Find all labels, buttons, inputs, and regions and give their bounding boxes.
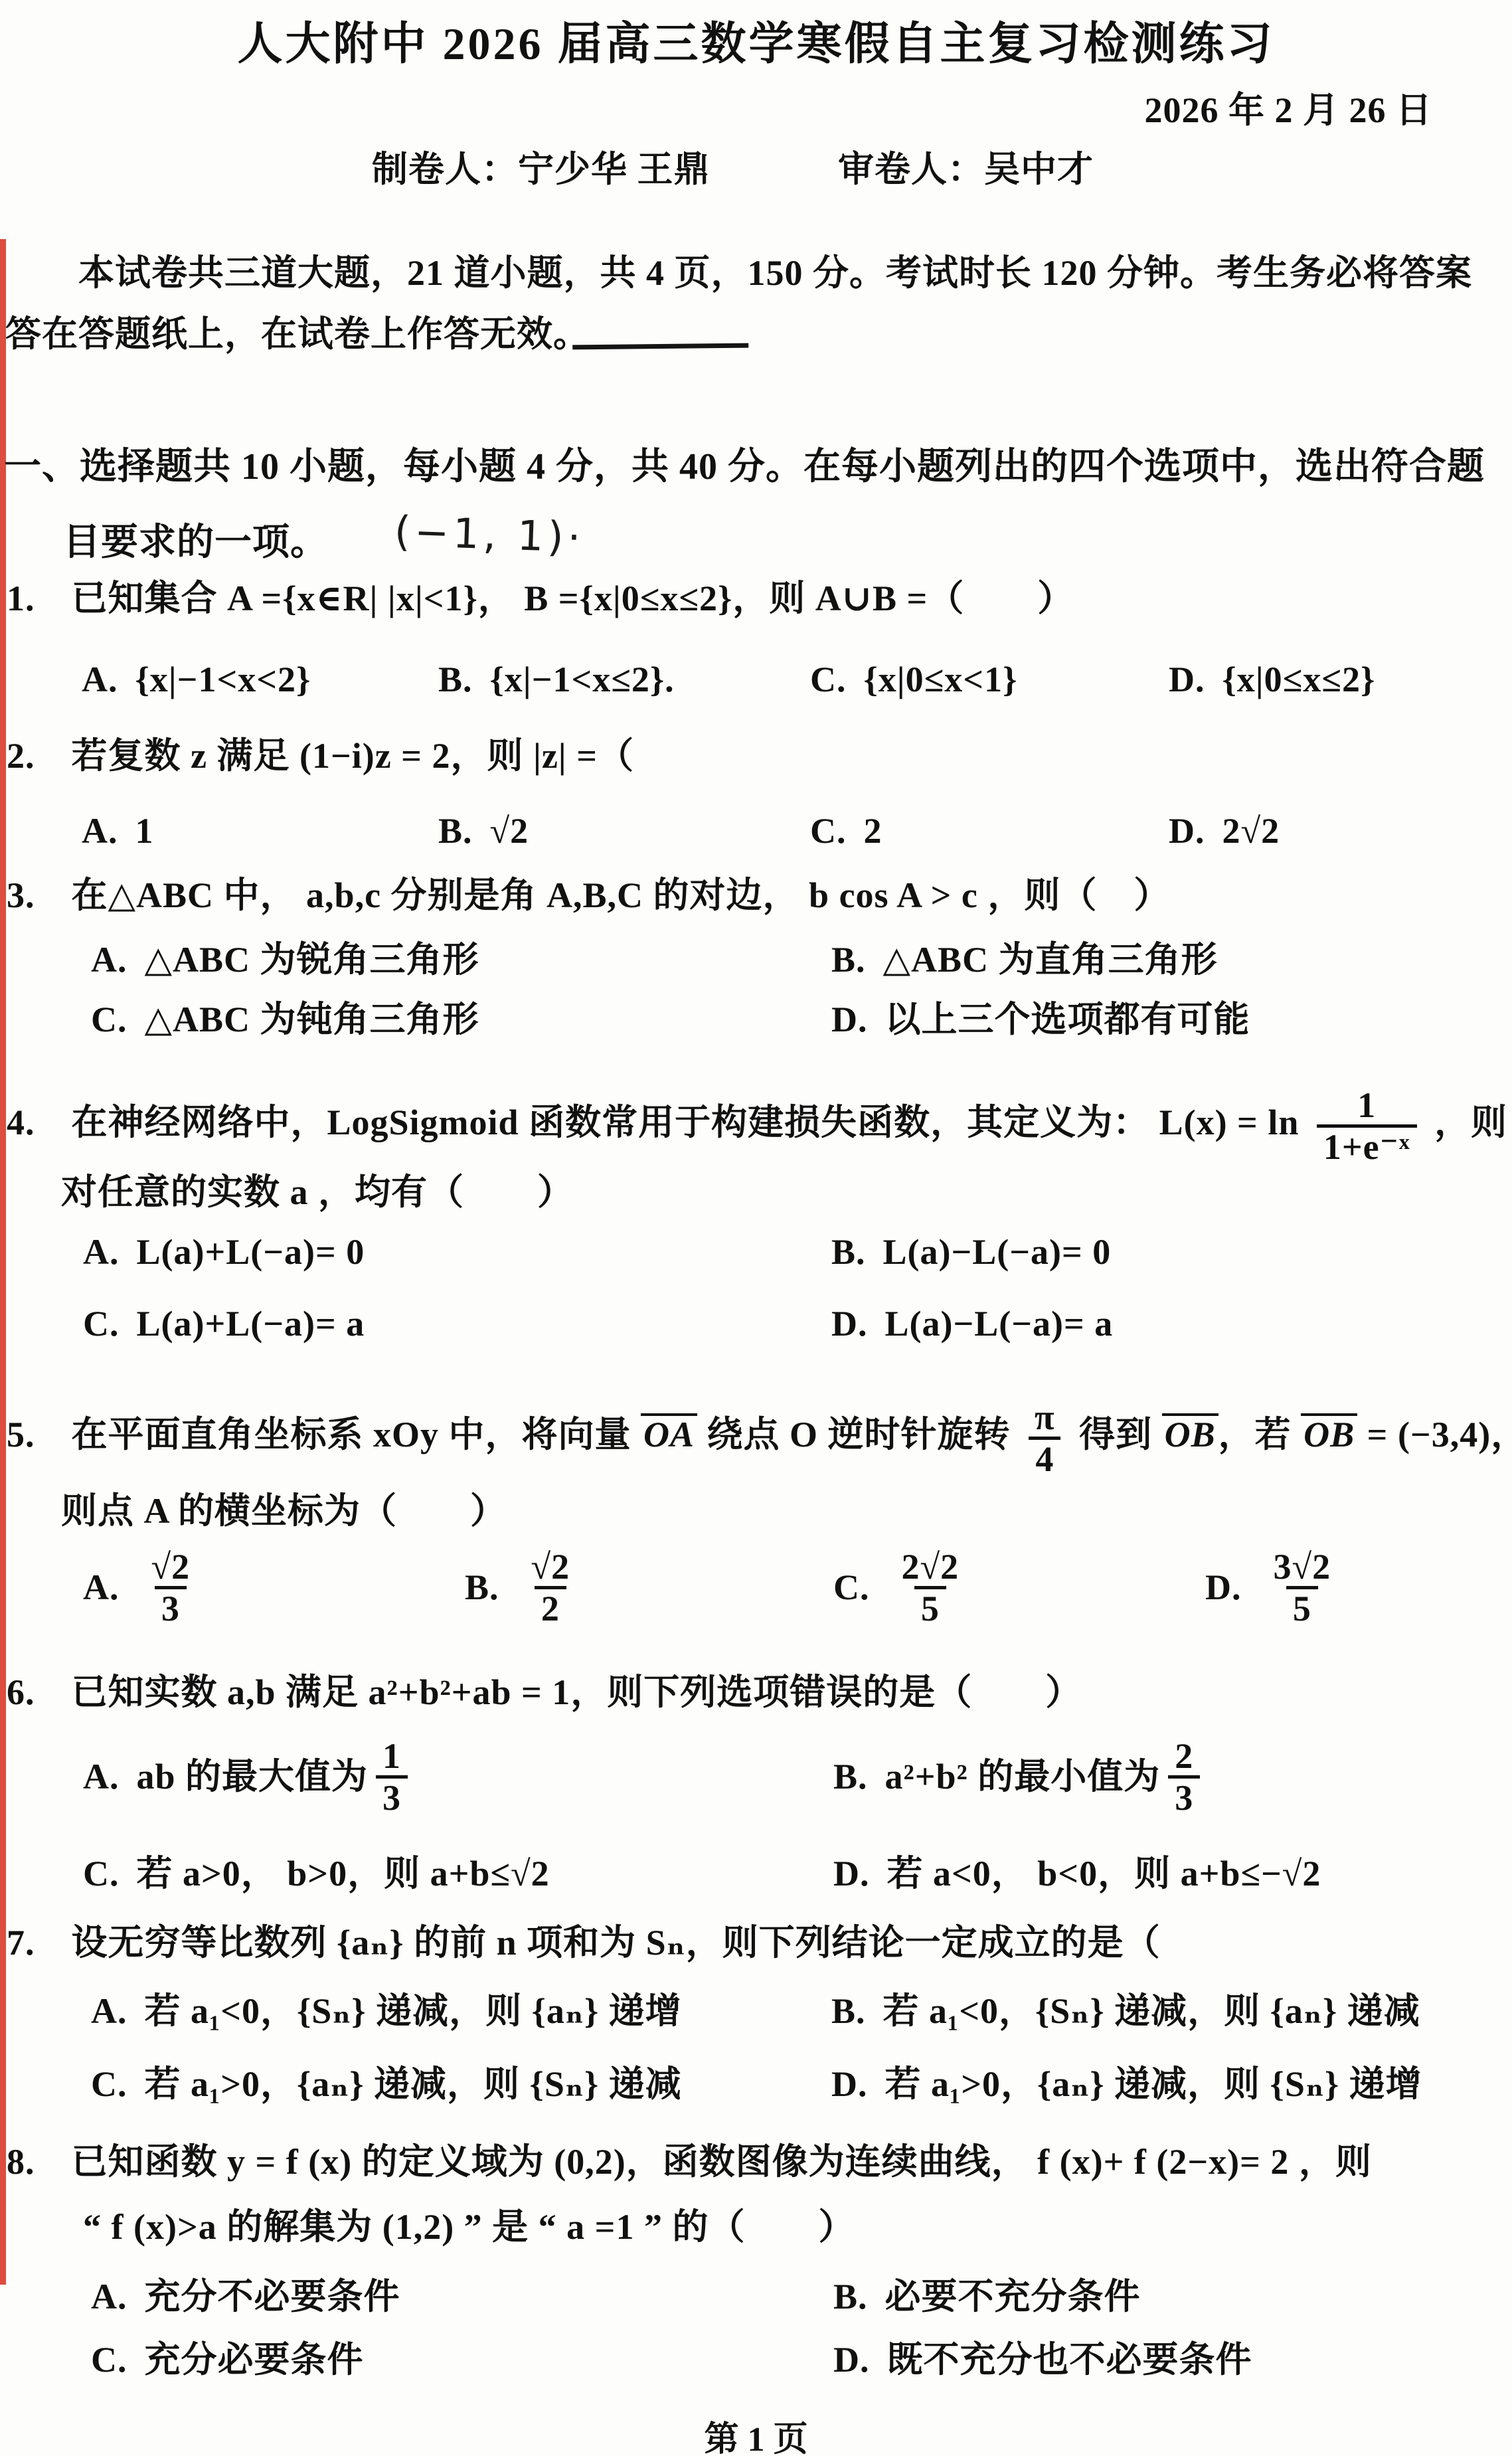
fraction-denominator: 2 [535,1586,566,1628]
q4-stem-pre: 4. 在神经网络中，LogSigmoid 函数常用于构建损失函数，其定义为： L… [7,1102,1299,1142]
q5-stem-mid1: 绕点 O 逆时针旋转 [697,1415,1011,1454]
reviewer-label: 审卷人：吴中才 [838,147,1094,193]
option-label: B. [831,1230,866,1275]
option-text: 1 [135,809,154,854]
option-text: √2 [490,809,529,854]
option-text: L(a)−L(−a)= 0 [883,1230,1112,1275]
option-label: A. [83,1230,120,1275]
fraction-numerator: 1 [1351,1086,1383,1124]
option-label: A. [83,1565,120,1611]
option-label: B. [465,1565,499,1611]
option-fraction: 3√2 5 [1267,1547,1338,1628]
question-8-stem-line2: “ f (x)>a 的解集为 (1,2) ” 是 “ a =1 ” 的（ ） [83,2205,855,2250]
option-fraction: 1 3 [376,1737,408,1818]
exam-page: 人大附中 2026 届高三数学寒假自主复习检测练习 2026 年 2 月 26 … [0,0,1512,2456]
vector-ob: OB [1301,1415,1357,1454]
question-7-stem: 7. 设无穷等比数列 {aₙ} 的前 n 项和为 Sₙ，则下列结论一定成立的是（ [7,1921,1161,1966]
option-label: C. [810,658,847,703]
option-text: 若 a₁<0，{Sₙ} 递减，则 {aₙ} 递增 [145,1989,682,2034]
option-text: 若 a<0， b<0，则 a+b≤−√2 [887,1852,1321,1897]
question-6-stem: 6. 已知实数 a,b 满足 a²+b²+ab = 1，则下列选项错误的是（ ） [7,1670,1082,1715]
fraction-denominator: 1+e⁻ˣ [1317,1124,1417,1166]
q6-option-d: D. 若 a<0， b<0，则 a+b≤−√2 [833,1852,1321,1897]
q1-option-b: B. {x|−1<x≤2}. [438,658,675,703]
fraction-denominator: 4 [1029,1437,1060,1478]
page-title: 人大附中 2026 届高三数学寒假自主复习检测练习 [0,8,1512,72]
option-label: D. [1205,1565,1242,1611]
q6-option-b: B. a²+b² 的最小值为 2 3 [833,1737,1208,1818]
option-label: C. [83,1852,120,1897]
option-label: B. [833,2275,868,2320]
question-4-stem-line2: 对任意的实数 a ，均有（ ） [61,1170,574,1215]
option-text: {x|−1<x≤2}. [490,658,675,703]
option-text: L(a)+L(−a)= a [137,1302,365,1347]
q2-option-a: A. 1 [82,809,154,854]
q3-option-a: A. △ABC 为锐角三角形 [91,938,479,983]
option-text: 既不充分也不必要条件 [887,2338,1252,2383]
option-label: C. [833,1565,870,1611]
option-label: D. [1169,809,1205,854]
option-label: A. [91,2275,127,2320]
option-text: 充分不必要条件 [145,2275,400,2320]
q7-option-b: B. 若 a₁<0，{Sₙ} 递减，则 {aₙ} 递减 [831,1989,1420,2034]
option-text: L(a)−L(−a)= a [885,1302,1114,1347]
q5-option-c: C. 2√2 5 [833,1547,973,1628]
q7-option-d: D. 若 a₁>0，{aₙ} 递减，则 {Sₙ} 递增 [831,2062,1422,2107]
option-text: 必要不充分条件 [885,2275,1141,2320]
question-5-stem-line2: 则点 A 的横坐标为（ ） [61,1489,507,1534]
q3-option-c: C. △ABC 为钝角三角形 [91,998,479,1043]
q4-option-b: B. L(a)−L(−a)= 0 [831,1230,1111,1275]
q5-option-a: A. √2 3 [83,1547,205,1628]
option-label: B. [831,938,866,983]
q7-option-a: A. 若 a₁<0，{Sₙ} 递减，则 {aₙ} 递增 [91,1989,682,2034]
fraction-numerator: 1 [376,1737,408,1775]
option-label: B. [438,809,473,854]
q3-option-d: D. 以上三个选项都有可能 [831,998,1250,1043]
option-text: 2√2 [1222,809,1280,854]
fraction-denominator: 5 [914,1586,946,1628]
option-label: C. [91,998,127,1043]
option-text: 以上三个选项都有可能 [885,998,1250,1043]
option-label: B. [833,1755,868,1800]
vector-ob: OB [1162,1415,1218,1454]
q4-stem-post: ，则 [1434,1102,1507,1142]
q4-option-a: A. L(a)+L(−a)= 0 [83,1230,365,1275]
option-label: D. [831,998,868,1043]
option-text: 若 a₁<0，{Sₙ} 递减，则 {aₙ} 递减 [883,1989,1420,2034]
question-5-stem: 5. 在平面直角坐标系 xOy 中，将向量 OA 绕点 O 逆时针旋转 π 4 … [7,1398,1512,1479]
option-label: A. [82,809,118,854]
q6-option-a: A. ab 的最大值为 1 3 [83,1737,416,1818]
q5-option-b: B. √2 2 [465,1547,584,1628]
question-3-stem: 3. 在△ABC 中， a,b,c 分别是角 A,B,C 的对边， b cos … [7,873,1170,919]
q5-stem-mid3: ，若 [1218,1415,1302,1454]
question-2-stem: 2. 若复数 z 满足 (1−i)z = 2，则 |z| =（ [7,734,634,779]
preparers-label: 制卷人：宁少华 王鼎 [372,147,711,193]
option-text: 若 a₁>0，{aₙ} 递减，则 {Sₙ} 递减 [145,2062,682,2107]
question-8-stem-line1: 8. 已知函数 y = f (x) 的定义域为 (0,2)，函数图像为连续曲线，… [7,2140,1372,2185]
option-fraction: 2 3 [1168,1737,1200,1818]
vector-oa: OA [641,1415,697,1454]
option-fraction: √2 3 [145,1547,197,1628]
fraction-numerator: π [1028,1398,1062,1437]
q6-option-c: C. 若 a>0， b>0，则 a+b≤√2 [83,1852,550,1897]
page-number: 第 1 页 [0,2411,1512,2456]
scan-edge-artifact [0,239,6,2285]
q8-option-b: B. 必要不充分条件 [833,2275,1141,2320]
option-text: {x|−1<x<2} [135,658,311,703]
q1-option-a: A. {x|−1<x<2} [82,658,311,703]
q2-option-d: D. 2√2 [1169,809,1280,854]
q5-stem-mid2: 得到 [1079,1415,1162,1454]
fraction-denominator: 3 [1168,1775,1200,1817]
fraction-numerator: 3√2 [1267,1547,1338,1586]
option-label: B. [438,658,473,703]
notice-line-1: 本试卷共三道大题，21 道小题，共 4 页，150 分。考试时长 120 分钟。… [78,251,1472,296]
option-text: {x|0≤x≤2} [1222,658,1376,703]
q5-stem-pre: 5. 在平面直角坐标系 xOy 中，将向量 [7,1415,641,1454]
option-text: 若 a>0， b>0，则 a+b≤√2 [137,1852,550,1897]
fraction-denominator: 5 [1286,1586,1318,1628]
q4-stem-fraction: 1 1+e⁻ˣ [1317,1086,1417,1167]
option-label: C. [83,1302,120,1347]
option-label: D. [831,2062,868,2107]
fraction-numerator: √2 [145,1547,197,1586]
q8-option-a: A. 充分不必要条件 [91,2275,400,2320]
option-label: B. [831,1989,866,2034]
option-label: D. [831,1302,868,1347]
q2-option-c: C. 2 [810,809,882,854]
option-text: 若 a₁>0，{aₙ} 递减，则 {Sₙ} 递增 [885,2062,1422,2107]
fraction-numerator: √2 [525,1547,577,1586]
handwritten-note: (−1, 1)· [394,507,586,562]
notice-line-2: 答在答题纸上，在试卷上作答无效。 [5,312,590,357]
option-text: {x|0≤x<1} [864,658,1018,703]
option-label: A. [91,1989,127,2034]
option-text: △ABC 为锐角三角形 [145,938,479,983]
exam-date: 2026 年 2 月 26 日 [1145,88,1433,133]
option-text: L(a)+L(−a)= 0 [137,1230,365,1275]
option-label: C. [91,2338,127,2383]
q1-option-d: D. {x|0≤x≤2} [1169,658,1375,703]
q1-option-c: C. {x|0≤x<1} [810,658,1017,703]
option-text: a²+b² 的最小值为 [885,1755,1161,1800]
handwritten-underline [572,317,748,350]
question-4-stem: 4. 在神经网络中，LogSigmoid 函数常用于构建损失函数，其定义为： L… [7,1086,1507,1167]
option-text: 充分必要条件 [145,2338,364,2383]
option-label: C. [91,2062,127,2107]
fraction-denominator: 3 [376,1775,408,1817]
question-1-stem: 1. 已知集合 A ={x∈R| |x|<1}， B ={x|0≤x≤2}，则 … [7,576,1074,622]
option-fraction: 2√2 5 [895,1547,966,1628]
q8-option-d: D. 既不充分也不必要条件 [833,2338,1252,2383]
q4-option-d: D. L(a)−L(−a)= a [831,1302,1113,1347]
q5-stem-post: = (−3,4)， [1357,1415,1512,1454]
option-label: A. [82,658,118,703]
q2-option-b: B. √2 [438,809,529,854]
option-label: D. [1169,658,1205,703]
q8-option-c: C. 充分必要条件 [91,2338,364,2383]
option-label: D. [833,2338,870,2383]
option-text: ab 的最大值为 [137,1755,369,1800]
option-label: A. [91,938,127,983]
option-label: A. [83,1755,120,1800]
fraction-numerator: 2 [1168,1737,1200,1775]
q4-option-c: C. L(a)+L(−a)= a [83,1302,365,1347]
option-text: △ABC 为直角三角形 [883,938,1218,983]
q3-option-b: B. △ABC 为直角三角形 [831,938,1218,983]
section1-heading-line2: 目要求的一项。 [63,519,328,566]
q5-option-d: D. 3√2 5 [1205,1547,1345,1628]
option-label: C. [810,809,847,854]
fraction-numerator: 2√2 [895,1547,966,1586]
option-fraction: √2 2 [525,1547,577,1628]
option-label: D. [833,1852,870,1897]
fraction-denominator: 3 [155,1586,187,1628]
option-text: 2 [864,809,882,854]
q7-option-c: C. 若 a₁>0，{aₙ} 递减，则 {Sₙ} 递减 [91,2062,682,2107]
option-text: △ABC 为钝角三角形 [145,998,479,1043]
q5-stem-fraction: π 4 [1028,1398,1062,1479]
section1-heading-line1: 一、选择题共 10 小题，每小题 4 分，共 40 分。在每小题列出的四个选项中… [4,444,1485,490]
